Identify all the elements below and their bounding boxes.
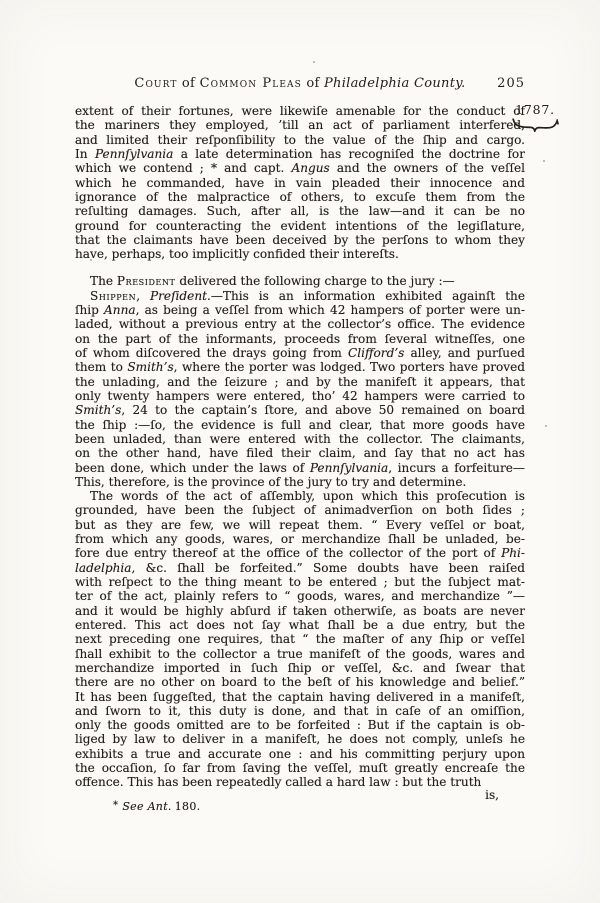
text-line: Smith’s, 24 to the captain’s ſtore, and …	[75, 403, 525, 417]
text-line: The President delivered the following ch…	[75, 274, 525, 288]
text-line: In Pennſylvania a late determination has…	[75, 147, 525, 161]
footnote-page: 180.	[175, 800, 201, 813]
text-line: and it would be highly abſurd if taken o…	[75, 604, 525, 618]
footnote-marker: *	[113, 800, 118, 811]
text-line: next preceding one requires, that “ the …	[75, 632, 525, 646]
text-line: This, therefore, is the province of the …	[75, 475, 525, 489]
text-line: fore due entry thereof at the office of …	[75, 546, 525, 560]
header-place: Philadelphia County.	[324, 76, 466, 91]
text-line: ter of the act, plainly refers to “ good…	[75, 589, 525, 603]
text-line: liged by law to deliver in a manifeſt, h…	[75, 732, 525, 746]
text-line: been done, which under the laws of Pennſ…	[75, 461, 525, 475]
book-page: Court of Common Pleas of Philadelphia Co…	[0, 0, 600, 903]
scan-speck	[90, 259, 92, 261]
header-of: of	[182, 76, 195, 91]
text-line: extent of their fortunes, were likewiſe …	[75, 104, 525, 118]
text-line: with reſpect to the thing meant to be en…	[75, 575, 525, 589]
text-line: which we contend ; * and capt. Angus and…	[75, 161, 525, 175]
text-line: ladelphia, &c. ſhall be forfeited.” Some…	[75, 561, 525, 575]
text-line: the unlading, and the ſeizure ; and by t…	[75, 375, 525, 389]
footnote: *See Ant.180.	[113, 800, 200, 813]
text-line: and ſworn to it, this duty is done, and …	[75, 704, 525, 718]
text-line: the ſhip :—ſo, the evidence is full and …	[75, 418, 525, 432]
text-line: from which any goods, wares, or merchand…	[75, 532, 525, 546]
text-line: on the other hand, have filed their clai…	[75, 446, 525, 460]
text-line: The words of the act of aſſembly, upon w…	[75, 489, 525, 503]
scan-speck	[545, 425, 547, 427]
text-line: entered. This act does not ſay what ſhal…	[75, 618, 525, 632]
page-header: Court of Common Pleas of Philadelphia Co…	[75, 76, 525, 94]
text-line: the occaſion, ſo far from ſaving the veſ…	[75, 761, 525, 775]
text-line: which he commanded, have in vain pleaded…	[75, 176, 525, 190]
text-line: ſhip Anna, as being a veſſel from which …	[75, 303, 525, 317]
scan-speck	[313, 61, 315, 63]
text-line: Shippen, Preſident.—This is an informati…	[75, 289, 525, 303]
text-line: ignorance of the malpractice of others, …	[75, 190, 525, 204]
text-line: but as they are few, we will repeat them…	[75, 518, 525, 532]
header-court: Court	[134, 76, 177, 91]
text-line: and limited their reſponſibility to the …	[75, 133, 525, 147]
text-line: there are no other on board to the beſt …	[75, 675, 525, 689]
page-header-title: Court of Common Pleas of Philadelphia Co…	[75, 76, 525, 91]
text-line: on the part of the informants, proceeds …	[75, 332, 525, 346]
text-line: only twenty hampers were entered, tho’ 4…	[75, 389, 525, 403]
text-line: of whom diſcovered the drays going from …	[75, 346, 525, 360]
text-line: been unladed, than were entered with the…	[75, 432, 525, 446]
text-line: reſulting damages. Such, after all, is t…	[75, 204, 525, 218]
text-line: exhibits a true and accurate one : and h…	[75, 747, 525, 761]
text-line: grounded, have been the ſubject of anima…	[75, 503, 525, 517]
text-line: that the claimants have been deceived by…	[75, 233, 525, 247]
header-of: of	[306, 76, 319, 91]
main-text: extent of their fortunes, were likewiſe …	[75, 104, 525, 790]
text-line: merchandize imported in ſuch ſhip or veſ…	[75, 661, 525, 675]
text-line: only the goods omitted are to be forfeit…	[75, 718, 525, 732]
text-line: have, perhaps, too implicitly confided t…	[75, 247, 525, 261]
text-line: laded, without a previous entry at the c…	[75, 317, 525, 331]
text-line: It has been ſuggeſted, that the captain …	[75, 690, 525, 704]
scan-speck	[543, 160, 545, 162]
header-common-pleas: Common Pleas	[200, 76, 302, 91]
page-number: 205	[497, 76, 525, 91]
text-line: the mariners they employed, ’till an act…	[75, 118, 525, 132]
text-line: them to Smith’s, where the porter was lo…	[75, 360, 525, 374]
text-line: ſhall exhibit to the collector a true ma…	[75, 647, 525, 661]
text-line: ground for counteracting the evident int…	[75, 219, 525, 233]
footnote-citation: See Ant.	[122, 800, 171, 813]
